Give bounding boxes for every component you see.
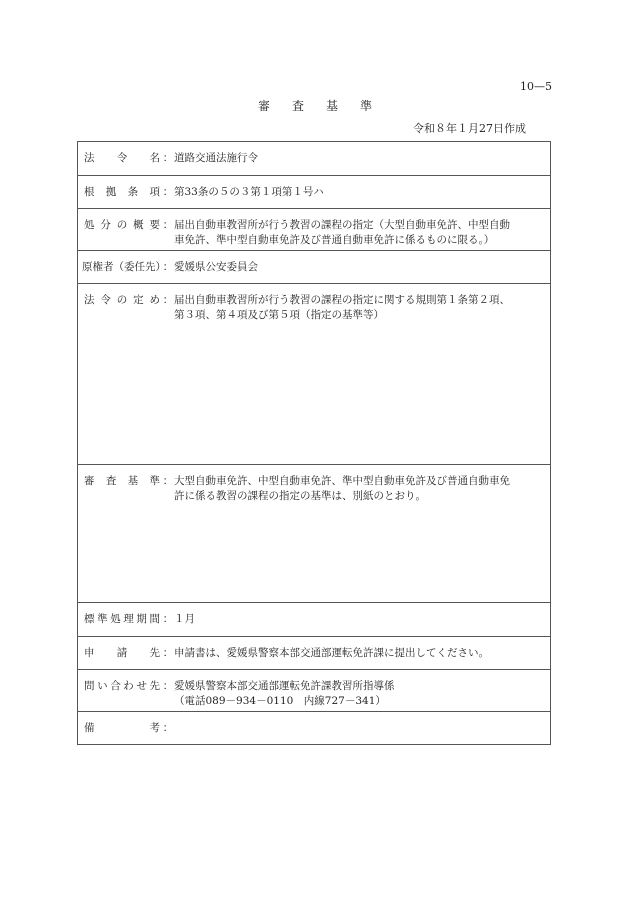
value-line: 車免許、準中型自動車免許及び普通自動車免許に係るものに限る。） (174, 233, 544, 248)
colon: ： (162, 603, 174, 636)
standards-table: 法令名 ： 道路交通法施行令 根拠条項 ： 第33条の５の３第１項第１号ハ 処分… (77, 141, 551, 745)
label-char: 項 (149, 185, 160, 208)
title-char: 審 (258, 97, 270, 114)
row-label: 原権者（委任先） (78, 251, 162, 283)
label-char: 間 (149, 612, 160, 636)
row-label: 問い合わせ先 (78, 670, 162, 711)
label-char: 審 (84, 474, 95, 602)
label-char: 申 (84, 646, 95, 669)
colon: ： (162, 284, 174, 464)
label-char: 準 (149, 474, 160, 602)
label-char: い (97, 679, 108, 711)
colon: ： (162, 176, 174, 208)
row-legal-provisions: 法令の定め ： 届出自動車教習所が行う教習の課程の指定に関する規則第１条第２項、… (78, 283, 550, 464)
row-value: 届出自動車教習所が行う教習の課程の指定に関する規則第１条第２項、第３項、第４項及… (174, 284, 550, 464)
value-line: 申請書は、愛媛県警察本部交通部運転免許課に提出してください。 (174, 646, 544, 661)
label-char: せ (136, 679, 147, 711)
label-char: 法 (84, 293, 95, 464)
colon: ： (162, 251, 174, 283)
row-label: 申請先 (78, 637, 162, 669)
row-standard-processing-period: 標準処理期間 ： １月 (78, 602, 550, 636)
value-line: １月 (174, 612, 544, 627)
value-line: （電話089－934－0110 内線727－341） (174, 694, 544, 709)
row-original-authority: 原権者（委任先） ： 愛媛県公安委員会 (78, 250, 550, 283)
value-line: 届出自動車教習所が行う教習の課程の指定（大型自動車免許、中型自動 (174, 218, 544, 233)
row-value: 大型自動車免許、中型自動車免許、準中型自動車免許及び普通自動車免許に係る教習の課… (174, 465, 550, 602)
label-char: 名 (150, 151, 161, 175)
label-char: 分 (100, 218, 111, 250)
row-disposition-summary: 処分の概要 ： 届出自動車教習所が行う教習の課程の指定（大型自動車免許、中型自動… (78, 208, 550, 250)
row-label: 審査基準 (78, 465, 162, 602)
created-date: 令和８年１月27日作成 (413, 120, 526, 136)
row-contact: 問い合わせ先 ： 愛媛県警察本部交通部運転免許課教習所指導係（電話089－934… (78, 669, 550, 711)
row-value: 申請書は、愛媛県警察本部交通部運転免許課に提出してください。 (174, 637, 550, 669)
label-char: 根 (84, 185, 95, 208)
document-title: 審査基準 (258, 97, 394, 114)
label-char: 令 (117, 151, 128, 175)
label-char: 理 (123, 612, 134, 636)
value-line: 愛媛県警察本部交通部運転免許課教習所指導係 (174, 679, 544, 694)
label-char: 概 (133, 218, 144, 250)
colon: ： (162, 637, 174, 669)
row-review-standards: 審査基準 ： 大型自動車免許、中型自動車免許、準中型自動車免許及び普通自動車免許… (78, 464, 550, 602)
label-char: 備 (84, 721, 95, 744)
value-line: 道路交通法施行令 (174, 151, 544, 166)
row-label: 根拠条項 (78, 176, 162, 208)
row-label: 処分の概要 (78, 209, 162, 250)
title-char: 査 (292, 97, 304, 114)
row-label: 備考 (78, 712, 162, 744)
label-char: の (117, 293, 128, 464)
label-char: 考 (150, 721, 161, 744)
row-label: 法令名 (78, 142, 162, 175)
title-char: 準 (360, 97, 372, 114)
row-value: １月 (174, 603, 550, 636)
label-char: 期 (136, 612, 147, 636)
label-char: 法 (84, 151, 95, 175)
colon: ： (162, 712, 174, 744)
row-value: 第33条の５の３第１項第１号ハ (174, 176, 550, 208)
row-value: 道路交通法施行令 (174, 142, 550, 175)
label-char: の (117, 218, 128, 250)
label-char: 要 (150, 218, 161, 250)
title-char: 基 (326, 97, 338, 114)
label-char: 条 (128, 185, 139, 208)
label-char: 査 (106, 474, 117, 602)
row-value (174, 712, 550, 744)
value-line: 第33条の５の３第１項第１号ハ (174, 185, 544, 200)
row-law-name: 法令名 ： 道路交通法施行令 (78, 142, 550, 175)
value-line: 大型自動車免許、中型自動車免許、準中型自動車免許及び普通自動車免 (174, 474, 544, 489)
label-char: 先 (149, 679, 160, 711)
label-char: 令 (100, 293, 111, 464)
row-value: 愛媛県公安委員会 (174, 251, 550, 283)
label-char: 問 (84, 679, 95, 711)
label-char: 基 (128, 474, 139, 602)
label-char: め (150, 293, 161, 464)
page-number: 10—5 (520, 80, 552, 93)
row-label: 標準処理期間 (78, 603, 162, 636)
row-value: 届出自動車教習所が行う教習の課程の指定（大型自動車免許、中型自動車免許、準中型自… (174, 209, 550, 250)
row-value: 愛媛県警察本部交通部運転免許課教習所指導係（電話089－934－0110 内線7… (174, 670, 550, 711)
label-char: 標 (84, 612, 95, 636)
label-char: 処 (110, 612, 121, 636)
row-label: 法令の定め (78, 284, 162, 464)
row-application-destination: 申請先 ： 申請書は、愛媛県警察本部交通部運転免許課に提出してください。 (78, 636, 550, 669)
value-line: 許に係る教習の課程の指定の基準は、別紙のとおり。 (174, 489, 544, 504)
value-line: 第３項、第４項及び第５項（指定の基準等） (174, 308, 544, 323)
label-char: 拠 (106, 185, 117, 208)
row-remarks: 備考 ： (78, 711, 550, 744)
label-char: 合 (110, 679, 121, 711)
label-char: 処 (84, 218, 95, 250)
row-legal-basis: 根拠条項 ： 第33条の５の３第１項第１号ハ (78, 175, 550, 208)
colon: ： (162, 465, 174, 602)
label-char: わ (123, 679, 134, 711)
label-char: 先 (150, 646, 161, 669)
value-line: 届出自動車教習所が行う教習の課程の指定に関する規則第１条第２項、 (174, 293, 544, 308)
colon: ： (162, 209, 174, 250)
label-char: 定 (133, 293, 144, 464)
colon: ： (162, 142, 174, 175)
colon: ： (162, 670, 174, 711)
label-char: 準 (97, 612, 108, 636)
label-char: 請 (117, 646, 128, 669)
value-line: 愛媛県公安委員会 (174, 260, 544, 275)
